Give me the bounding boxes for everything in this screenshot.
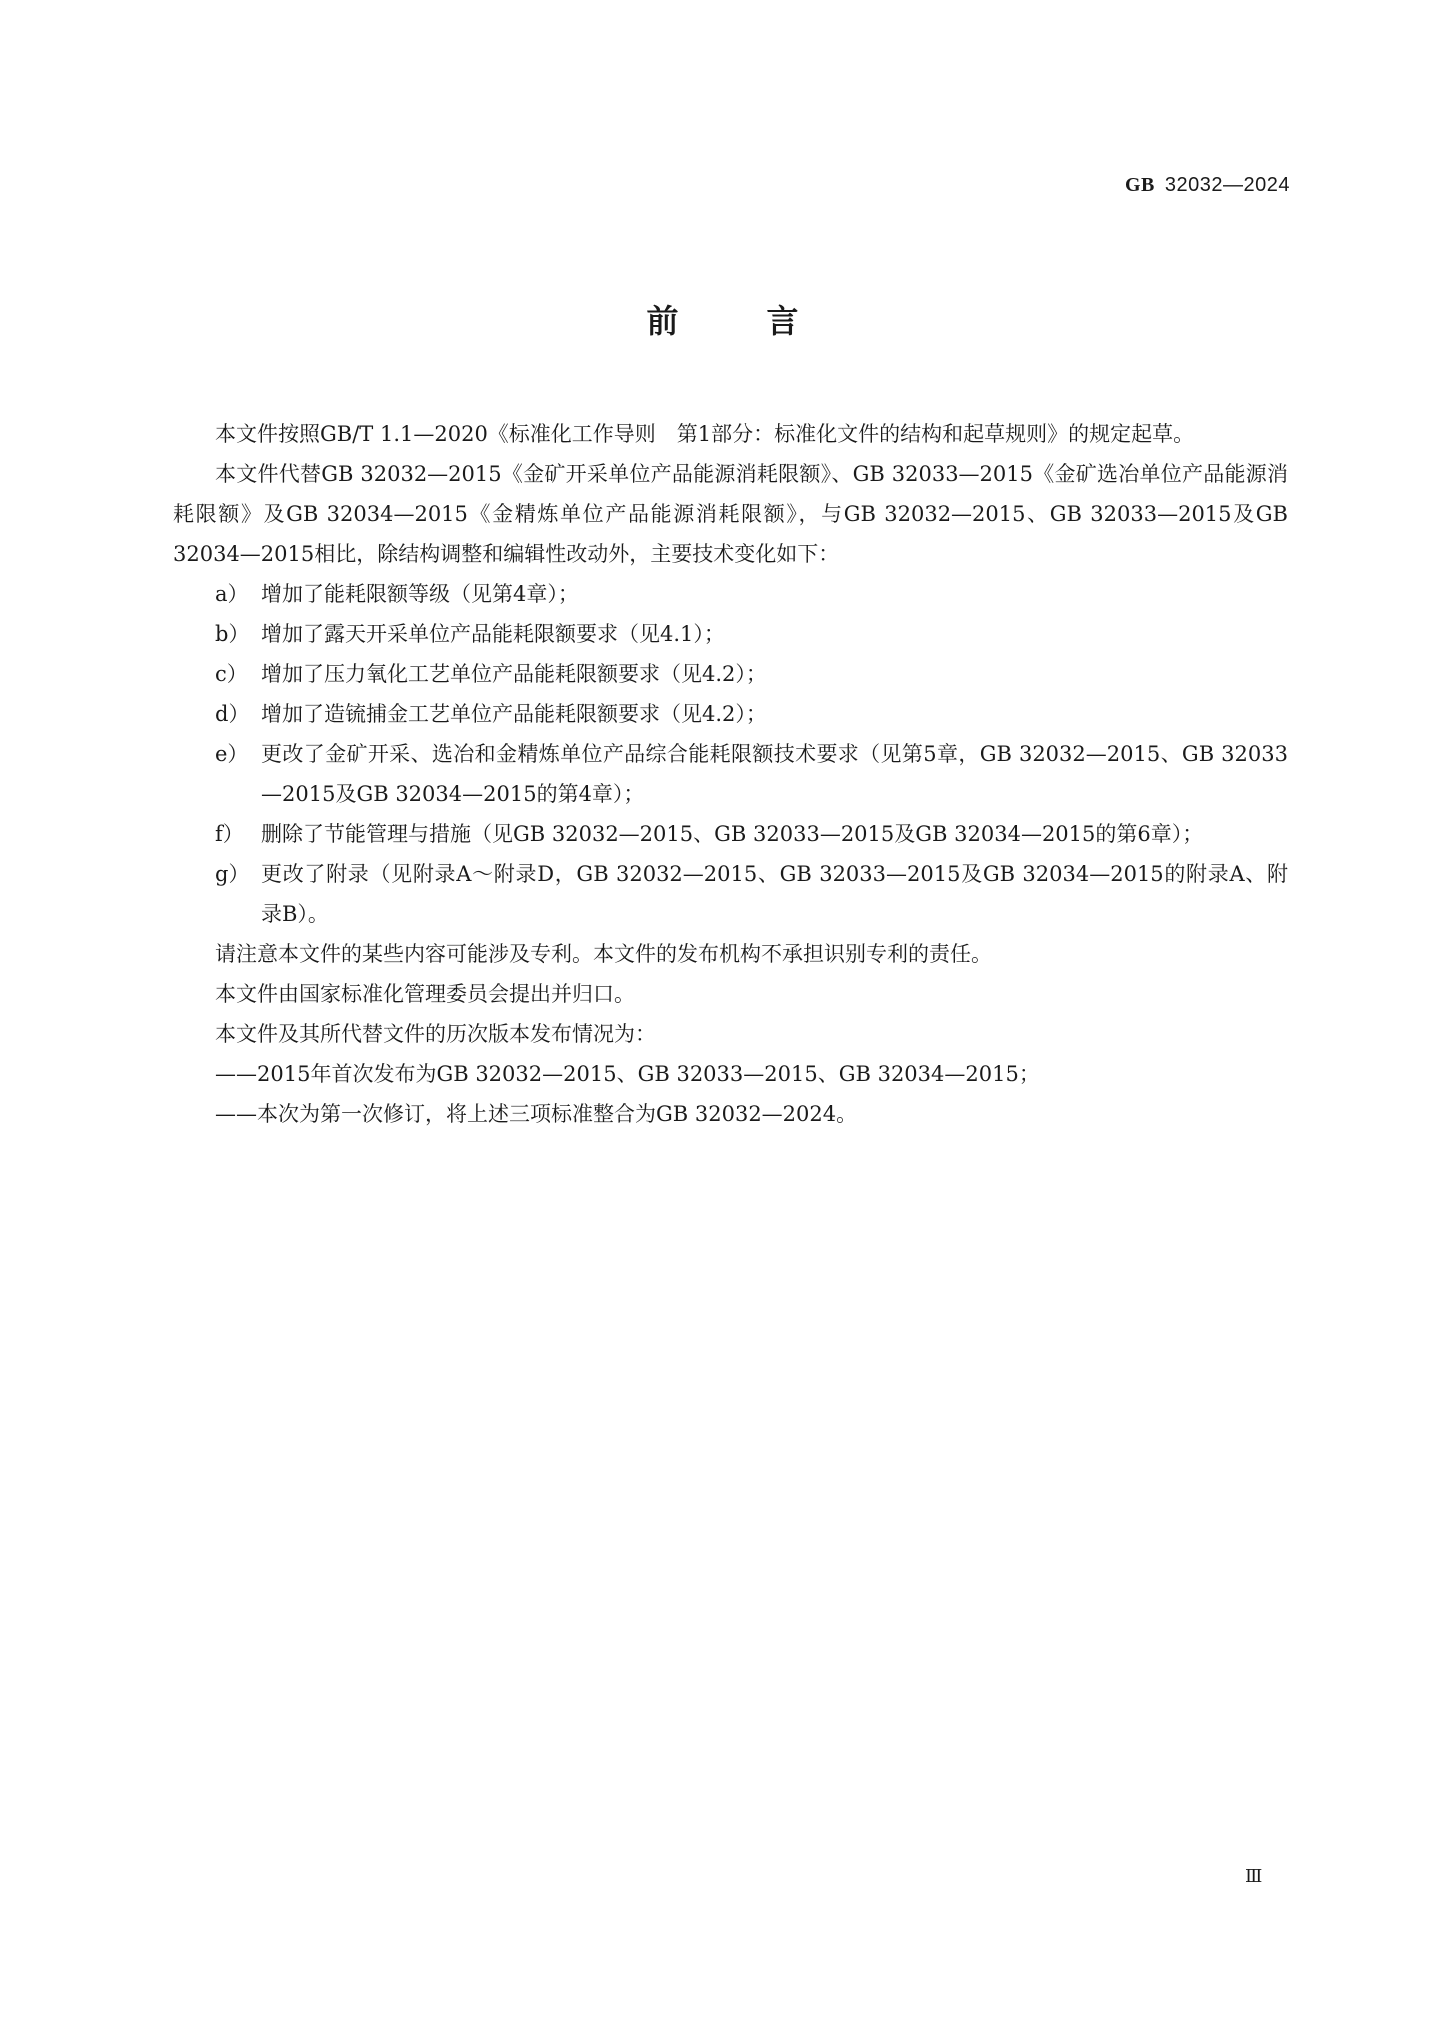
change-item: b） 增加了露天开采单位产品能耗限额要求（见4.1）； [173,614,1288,654]
change-text: 增加了造锍捕金工艺单位产品能耗限额要求（见4.2）； [261,694,1288,734]
change-text: 增加了露天开采单位产品能耗限额要求（见4.1）； [261,614,1288,654]
change-text: 删除了节能管理与措施（见GB 32032—2015、GB 32033—2015及… [261,814,1288,854]
change-item: c） 增加了压力氧化工艺单位产品能耗限额要求（见4.2）； [173,654,1288,694]
history-intro: 本文件及其所代替文件的历次版本发布情况为： [173,1014,1288,1054]
change-text: 增加了能耗限额等级（见第4章）； [261,574,1288,614]
replaces-paragraph: 本文件代替GB 32032—2015《金矿开采单位产品能源消耗限额》、GB 32… [173,454,1288,574]
page-number: Ⅲ [1245,1866,1262,1887]
change-text: 更改了金矿开采、选冶和金精炼单位产品综合能耗限额技术要求（见第5章，GB 320… [261,734,1288,814]
page-title: 前言 [0,296,1445,342]
foreword-body: 本文件按照GB/T 1.1—2020《标准化工作导则 第1部分：标准化文件的结构… [173,414,1288,1134]
changes-list: a） 增加了能耗限额等级（见第4章）； b） 增加了露天开采单位产品能耗限额要求… [173,574,1288,934]
change-label: g） [215,854,261,934]
change-item: d） 增加了造锍捕金工艺单位产品能耗限额要求（见4.2）； [173,694,1288,734]
proposer-notice: 本文件由国家标准化管理委员会提出并归口。 [173,974,1288,1014]
standard-prefix: GB [1125,174,1155,196]
change-label: d） [215,694,261,734]
change-item: a） 增加了能耗限额等级（见第4章）； [173,574,1288,614]
change-label: b） [215,614,261,654]
change-item: e） 更改了金矿开采、选冶和金精炼单位产品综合能耗限额技术要求（见第5章，GB … [173,734,1288,814]
change-text: 增加了压力氧化工艺单位产品能耗限额要求（见4.2）； [261,654,1288,694]
history-item: ——2015年首次发布为GB 32032—2015、GB 32033—2015、… [173,1054,1288,1094]
title-char-2: 言 [767,296,799,342]
drafting-paragraph: 本文件按照GB/T 1.1—2020《标准化工作导则 第1部分：标准化文件的结构… [173,414,1288,454]
standard-code: GB32032—2024 [1125,172,1290,197]
change-item: f） 删除了节能管理与措施（见GB 32032—2015、GB 32033—20… [173,814,1288,854]
change-item: g） 更改了附录（见附录A～附录D，GB 32032—2015、GB 32033… [173,854,1288,934]
patent-notice: 请注意本文件的某些内容可能涉及专利。本文件的发布机构不承担识别专利的责任。 [173,934,1288,974]
change-text: 更改了附录（见附录A～附录D，GB 32032—2015、GB 32033—20… [261,854,1288,934]
standard-number: 32032—2024 [1165,174,1290,196]
change-label: e） [215,734,261,814]
change-label: c） [215,654,261,694]
history-item: ——本次为第一次修订，将上述三项标准整合为GB 32032—2024。 [173,1094,1288,1134]
change-label: f） [215,814,261,854]
change-label: a） [215,574,261,614]
title-char-1: 前 [646,296,678,342]
